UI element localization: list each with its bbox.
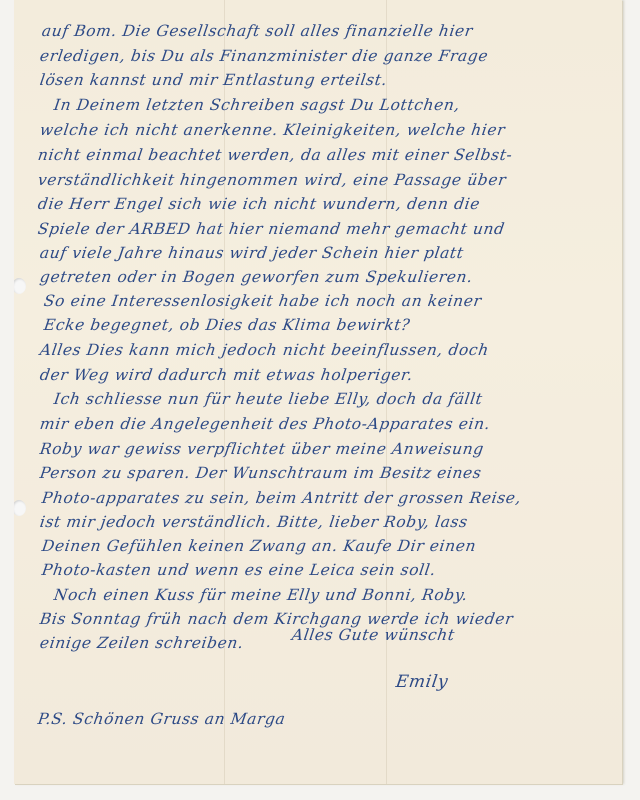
letter-line: lösen kannst und mir Entlastung erteilst… xyxy=(39,71,389,89)
letter-closing: Alles Gute wünscht xyxy=(291,626,456,644)
letter-line: mir eben die Angelegenheit des Photo-App… xyxy=(39,415,492,433)
letter-line: auf viele Jahre hinaus wird jeder Schein… xyxy=(39,244,465,262)
letter-line: nicht einmal beachtet werden, da alles m… xyxy=(37,146,514,164)
letter-signature: Emily xyxy=(395,672,450,692)
letter-line: Roby war gewiss verpflichtet über meine … xyxy=(39,440,485,458)
letter-line: die Herr Engel sich wie ich nicht wunder… xyxy=(37,195,482,213)
letter-line: Person zu sparen. Der Wunschtraum im Bes… xyxy=(39,464,483,482)
letter-line: Photo-kasten und wenn es eine Leica sein… xyxy=(41,561,437,579)
letter-line: Spiele der ARBED hat hier niemand mehr g… xyxy=(37,220,506,238)
letter-line: getreten oder in Bogen geworfen zum Spek… xyxy=(39,268,474,286)
letter-line: Noch einen Kuss für meine Elly und Bonni… xyxy=(53,586,469,604)
letter-line: erledigen, bis Du als Finanzminister die… xyxy=(39,47,490,65)
punch-hole xyxy=(14,278,26,294)
letter-line: auf Bom. Die Gesellschaft soll alles fin… xyxy=(41,22,474,40)
letter-line: welche ich nicht anerkenne. Kleinigkeite… xyxy=(39,121,507,139)
letter-line: Ecke begegnet, ob Dies das Klima bewirkt… xyxy=(43,316,412,334)
letter-line: Deinen Gefühlen keinen Zwang an. Kaufe D… xyxy=(41,537,478,555)
letter-line: der Weg wird dadurch mit etwas holperige… xyxy=(39,366,414,384)
letter-line: Photo-apparates zu sein, beim Antritt de… xyxy=(41,489,523,507)
punch-hole xyxy=(14,500,26,516)
letter-line: Alles Dies kann mich jedoch nicht beeinf… xyxy=(39,341,490,359)
letter-line: einige Zeilen schreiben. xyxy=(39,634,245,652)
letter-line: verständlichkeit hingenommen wird, eine … xyxy=(37,171,508,189)
letter-postscript: P.S. Schönen Gruss an Marga xyxy=(37,710,287,728)
letter-paper: auf Bom. Die Gesellschaft soll alles fin… xyxy=(14,0,622,784)
letter-line: In Deinem letzten Schreiben sagst Du Lot… xyxy=(53,96,462,114)
letter-line: So eine Interessenlosigkeit habe ich noc… xyxy=(43,292,483,310)
scanned-letter-page: auf Bom. Die Gesellschaft soll alles fin… xyxy=(0,0,640,800)
letter-line: Ich schliesse nun für heute liebe Elly, … xyxy=(53,390,484,408)
letter-line: ist mir jedoch verständlich. Bitte, lieb… xyxy=(39,513,469,531)
